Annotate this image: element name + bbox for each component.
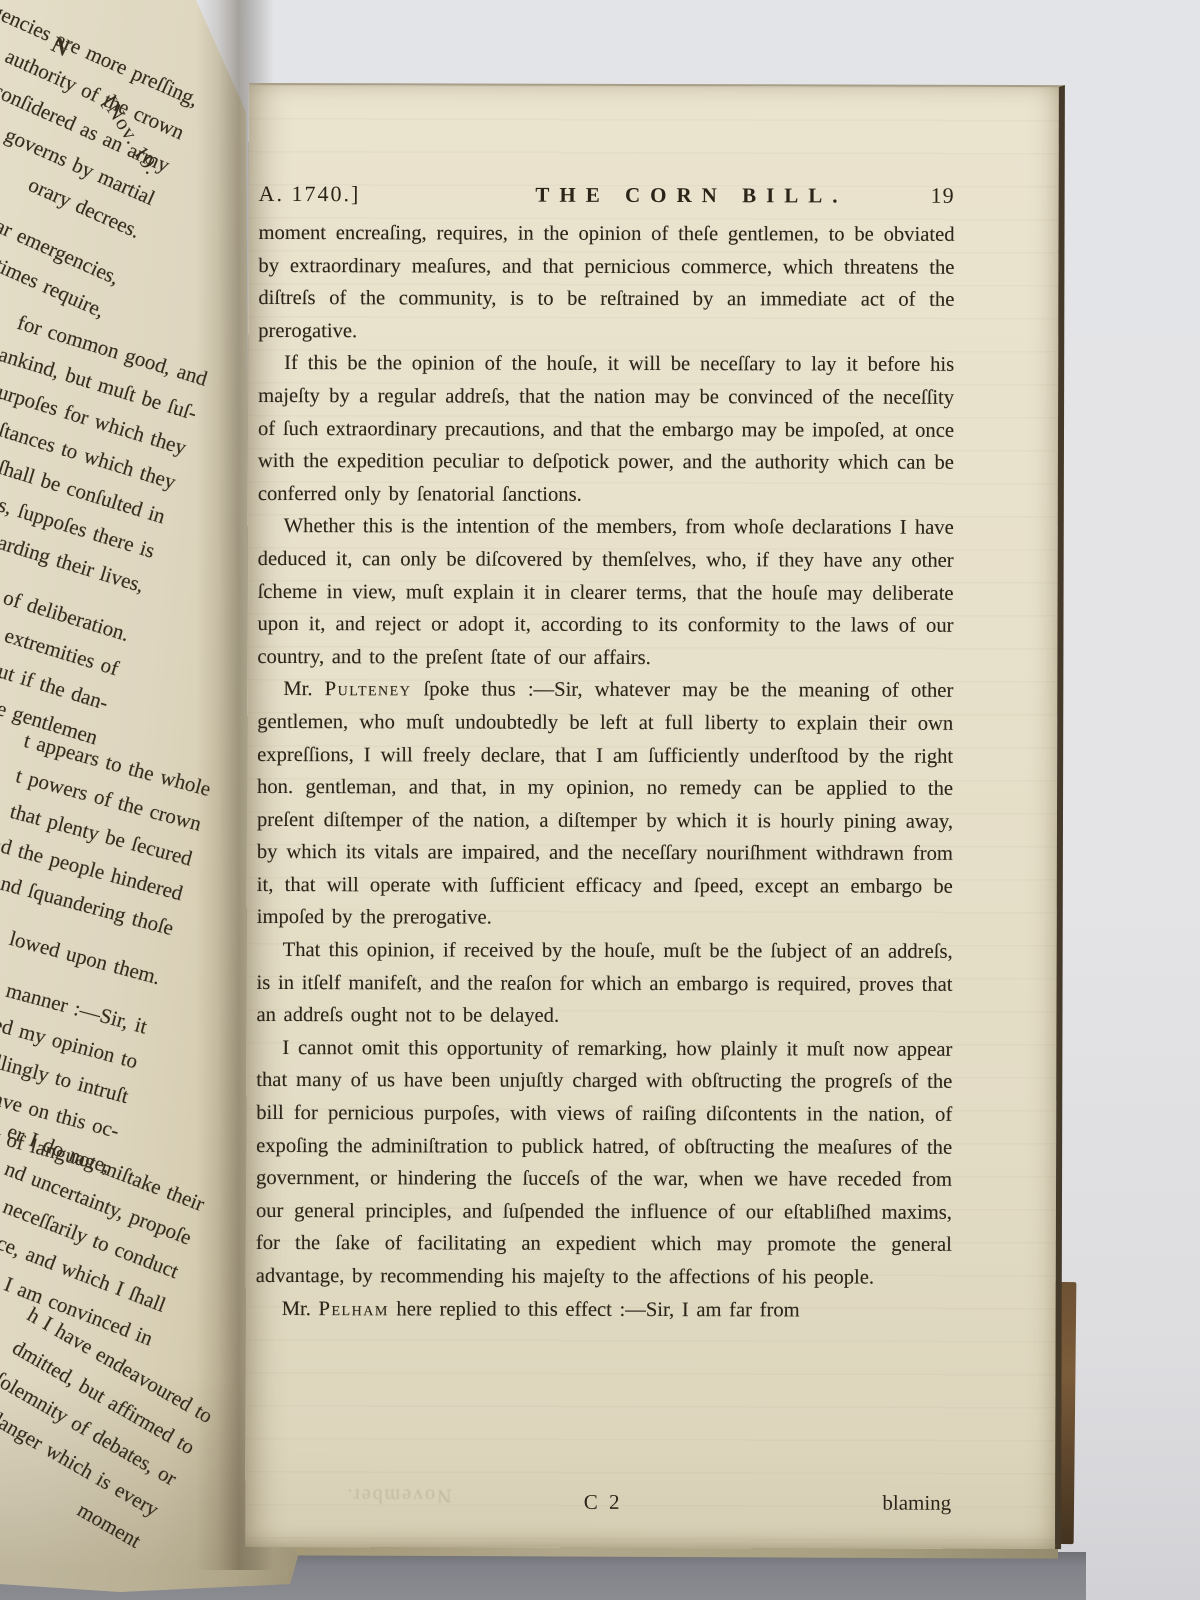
page-body-text: moment encreaſing, requires, in the opin… xyxy=(256,217,955,1327)
paragraph: moment encreaſing, requires, in the opin… xyxy=(258,217,954,349)
paragraph: I cannot omit this opportunity of remark… xyxy=(256,1032,953,1295)
header-title: THE CORN BILL. xyxy=(535,183,847,209)
paragraph: Whether this is the intention of the mem… xyxy=(257,510,953,675)
book-photo: N [Nov. 19. gencies are more preſſing, t… xyxy=(0,0,1200,1600)
header-year: A. 1740.] xyxy=(259,181,361,207)
running-header: A. 1740.] THE CORN BILL. 19 xyxy=(259,181,955,209)
paragraph: Mr. Pulteney ſpoke thus :—Sir, whatever … xyxy=(257,673,954,936)
paragraph: If this be the opinion of the houſe, it … xyxy=(258,347,954,512)
page-footer: November. C 2 blaming xyxy=(255,1489,951,1525)
paragraph: Mr. Pelham here replied to this effect :… xyxy=(256,1293,952,1327)
left-page-text-segment: t appears to the whole t powers of the c… xyxy=(0,694,215,1183)
left-page-text-segment: gencies are more preſſing, the authority… xyxy=(0,0,205,328)
paragraph: That this opinion, if received by the ho… xyxy=(256,934,952,1034)
signature-mark: C 2 xyxy=(255,1489,951,1516)
page-number: 19 xyxy=(931,183,955,209)
catchword: blaming xyxy=(882,1491,951,1516)
right-page: A. 1740.] THE CORN BILL. 19 moment encre… xyxy=(245,83,1065,1549)
left-page-text-segment: for common good, and ankind, but muſt be… xyxy=(0,274,212,755)
